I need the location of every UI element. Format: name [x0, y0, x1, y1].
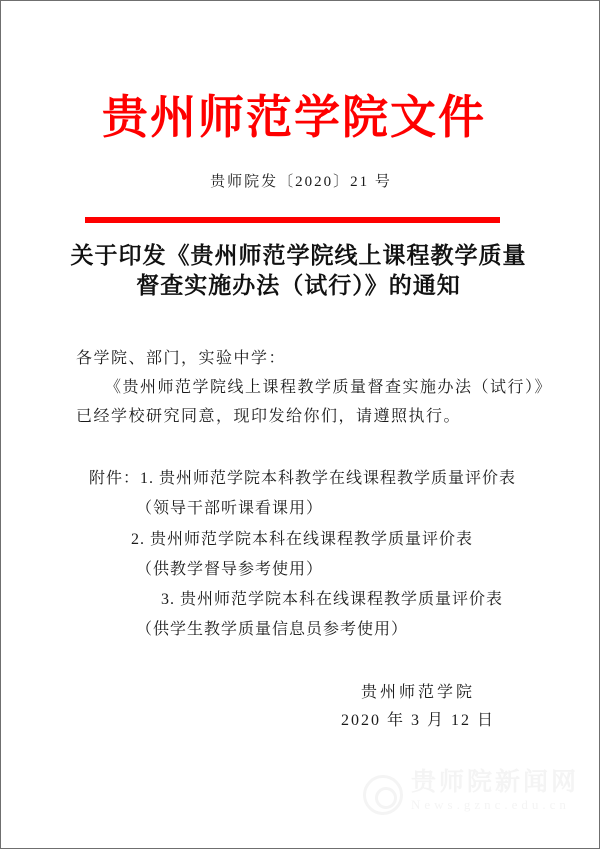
document-page: 贵州师范学院文件 贵师院发〔2020〕21 号 关于印发《贵州师范学院线上课程教… — [0, 0, 600, 849]
attachment-line-3: 3. 贵州师范学院本科在线课程教学质量评价表 — [161, 586, 503, 609]
letterhead-title: 贵州师范学院文件 — [1, 93, 587, 144]
watermark-site-name: 贵师院新闻网 — [411, 769, 579, 797]
body-paragraph-line-2: 已经学校研究同意，现印发给你们，请遵照执行。 — [76, 403, 536, 426]
salutation: 各学院、部门，实验中学： — [76, 345, 536, 368]
attachment-line-3-note: （供学生教学质量信息员参考使用） — [136, 616, 408, 639]
attachment-line-2: 2. 贵州师范学院本科在线课程教学质量评价表 — [131, 526, 473, 549]
notice-title: 关于印发《贵州师范学院线上课程教学质量 督查实施办法（试行）》的通知 — [41, 241, 556, 301]
body-paragraph-line-1: 《贵州师范学院线上课程教学质量督查实施办法（试行）》 — [76, 374, 536, 397]
document-number: 贵师院发〔2020〕21 号 — [1, 170, 600, 191]
watermark-logo-icon — [363, 775, 403, 815]
attachment-line-1-note: （领导干部听课看课用） — [136, 495, 323, 518]
notice-title-line-1: 关于印发《贵州师范学院线上课程教学质量 — [41, 241, 556, 271]
watermark: 贵师院新闻网 News.gznc.edu.cn — [363, 769, 579, 815]
attachment-line-2-note: （供教学督导参考使用） — [136, 556, 323, 579]
watermark-text: 贵师院新闻网 News.gznc.edu.cn — [411, 769, 579, 812]
notice-title-line-2: 督查实施办法（试行）》的通知 — [41, 271, 556, 301]
attachment-line-1: 附件：1. 贵州师范学院本科教学在线课程教学质量评价表 — [89, 465, 516, 488]
signature-organization: 贵州师范学院 — [308, 679, 528, 702]
red-separator-line — [85, 217, 500, 223]
signature-date: 2020 年 3 月 12 日 — [298, 707, 538, 730]
watermark-site-url: News.gznc.edu.cn — [411, 797, 579, 812]
